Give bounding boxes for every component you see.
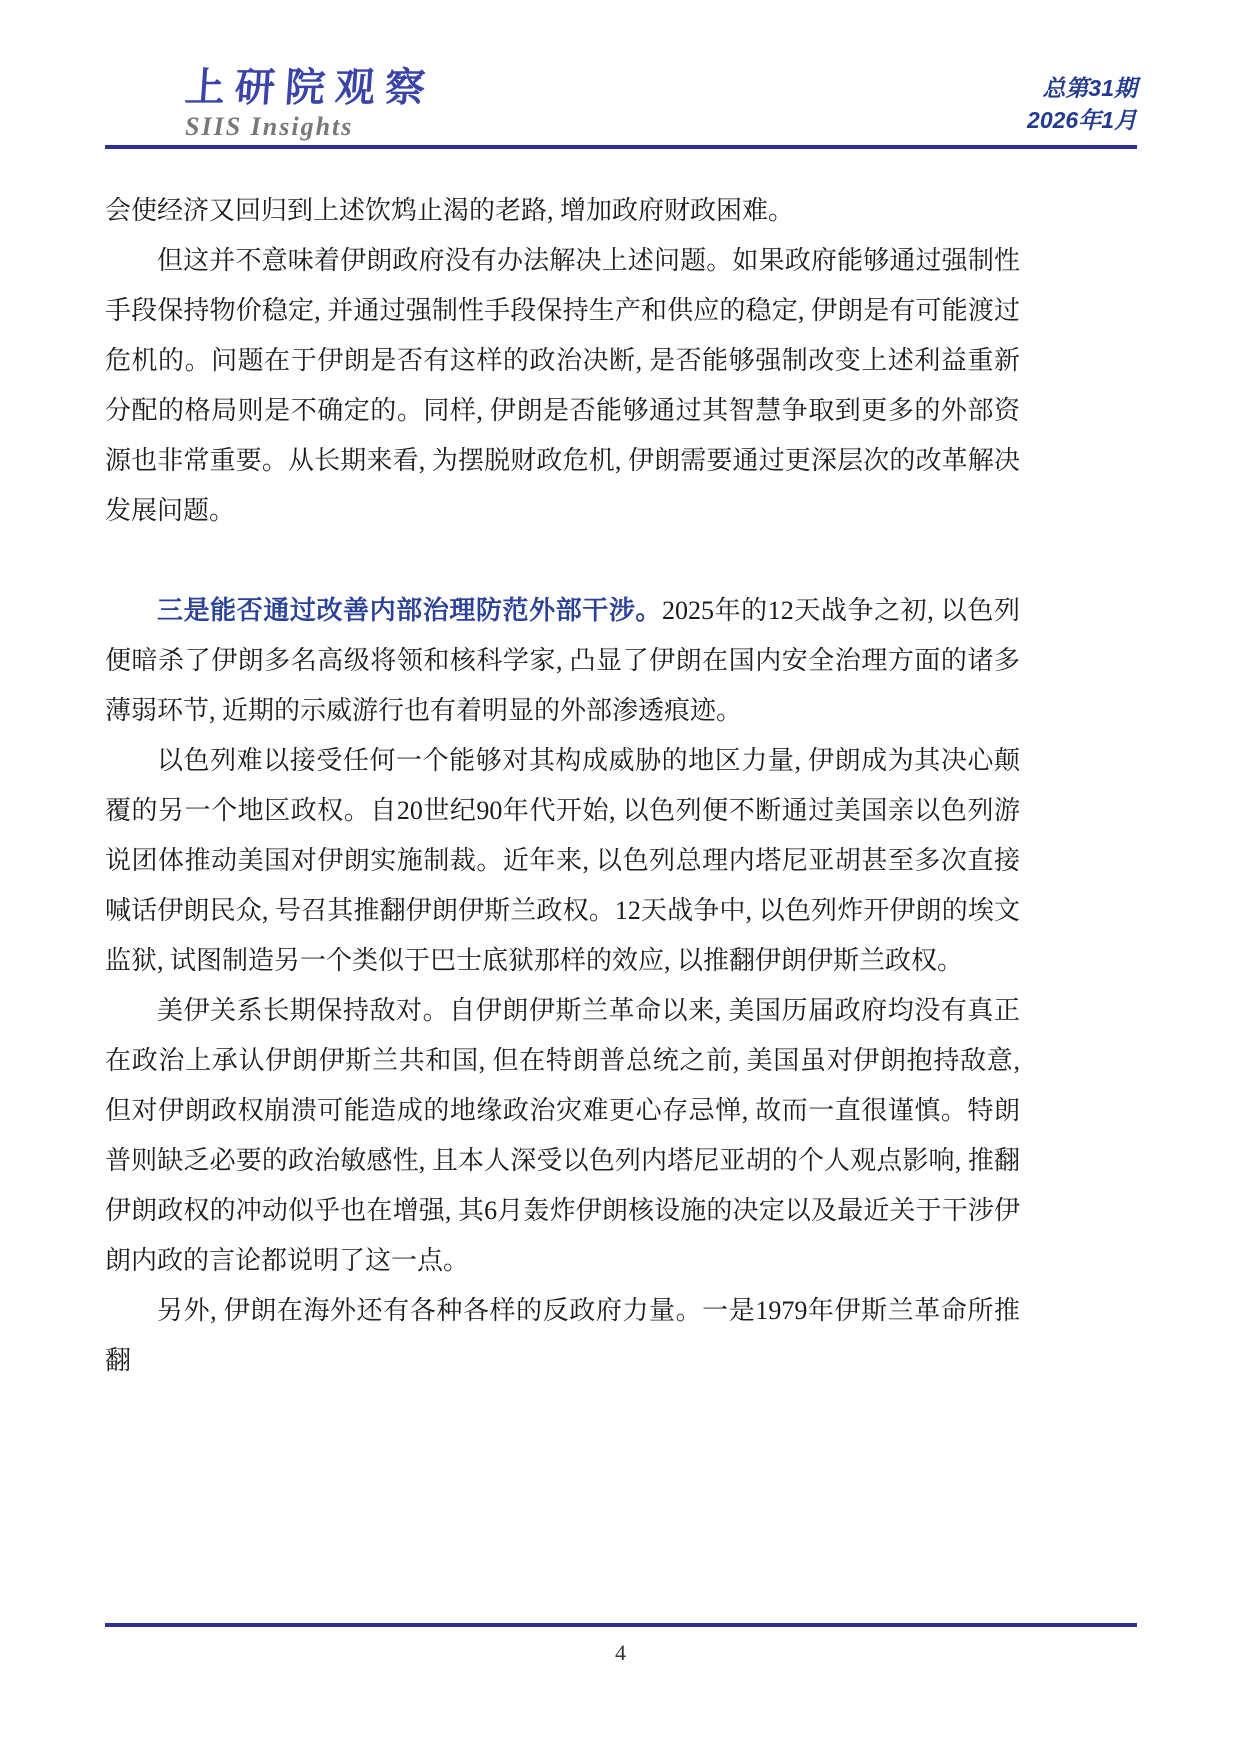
publication-logo: 上研院观察 SIIS Insights <box>185 68 435 140</box>
logo-chinese-title: 上研院观察 <box>184 68 437 108</box>
issue-number: 总第31期 <box>1027 72 1137 104</box>
page-number: 4 <box>0 1640 1241 1666</box>
paragraph-israel: 以色列难以接受任何一个能够对其构成威胁的地区力量, 伊朗成为其决心颠覆的另一个地… <box>105 736 1020 986</box>
issue-info: 总第31期 2026年1月 <box>1027 72 1137 136</box>
logo-english-title: SIIS Insights <box>185 114 435 140</box>
footer-divider <box>105 1623 1137 1627</box>
paragraph-us-iran: 美伊关系长期保持敌对。自伊朗伊斯兰革命以来, 美国历届政府均没有真正在政治上承认… <box>105 986 1020 1286</box>
paragraph-heading: 三是能否通过改善内部治理防范外部干涉。2025年的12天战争之初, 以色列便暗杀… <box>105 586 1020 736</box>
paragraph-solution: 但这并不意味着伊朗政府没有办法解决上述问题。如果政府能够通过强制性手段保持物价稳… <box>105 236 1020 536</box>
header-divider <box>105 145 1137 149</box>
article-body: 会使经济又回归到上述饮鸩止渴的老路, 增加政府财政困难。 但这并不意味着伊朗政府… <box>105 186 1020 1386</box>
issue-date: 2026年1月 <box>1027 104 1137 136</box>
paragraph-continuation: 会使经济又回归到上述饮鸩止渴的老路, 增加政府财政困难。 <box>105 186 1020 236</box>
paragraph-overseas: 另外, 伊朗在海外还有各种各样的反政府力量。一是1979年伊斯兰革命所推翻 <box>105 1286 1020 1386</box>
document-page: 上研院观察 SIIS Insights 总第31期 2026年1月 会使经济又回… <box>0 0 1241 1754</box>
section-heading: 三是能否通过改善内部治理防范外部干涉。 <box>157 596 662 625</box>
